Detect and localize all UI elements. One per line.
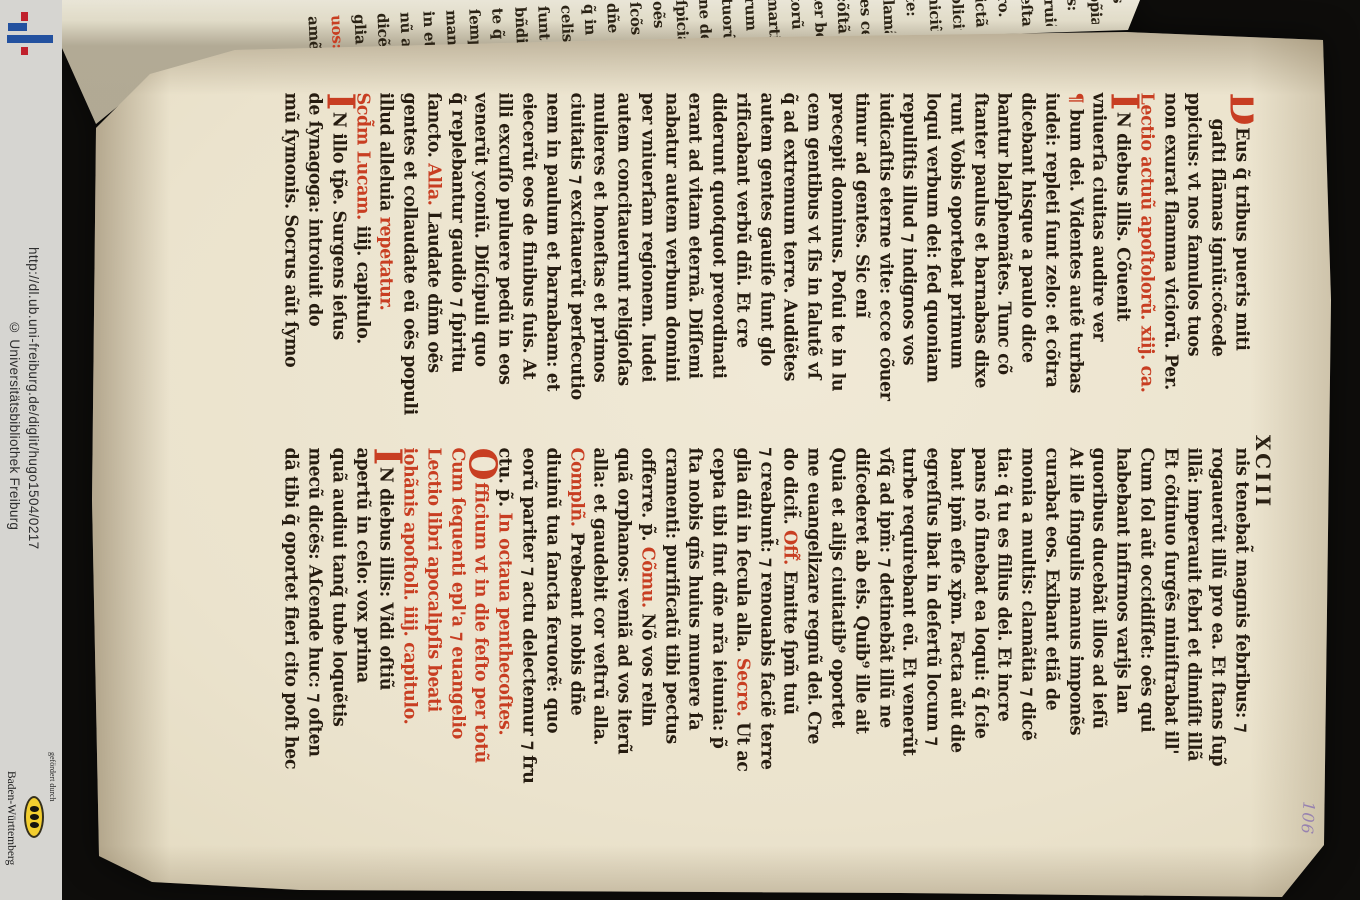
text-line: timur ad gentes. Sic enĩ [849,93,873,438]
text-line: precepit dominus. Poſui te in lu [826,93,850,438]
body-text: cramenti: purificatũ tibi pectus [661,448,681,744]
body-text: timur ad gentes. Sic enĩ [851,93,871,318]
body-text: Nõ vos relin [637,613,657,726]
facing-text-fragment: ero. [991,0,1016,28]
body-text: Laudate dñm oẽs [423,211,443,372]
body-text: Cum ſol aũt occidiſſet: oẽs qui [1136,448,1156,733]
body-text: per vniuerſam regionem. Iudei [637,93,657,383]
text-line: IN diebus illis: Vidi oſtiũ [374,448,398,793]
rubric-initial: I [378,448,398,465]
text-line: do dicit̃. Off̃. Emitte ſpm̃ tuũ [778,448,802,793]
body-text: erant ad vitam eternã. Diſſemi [685,93,705,379]
body-text: cem gentibus vt ſis in ſalutẽ vſ [804,93,824,380]
text-line: nis tenebat̃ magnis febribus: ⁊ [1230,448,1254,793]
text-line: illud alleluia repetatur. [374,93,398,438]
text-line: mecũ dicẽs: Aſcende huc: ⁊ oſten [303,448,327,793]
text-line: ppicius: vt nos famulos tuos [1182,93,1206,438]
rubric-initial: O [473,448,493,481]
body-text: Quia et alijs ciuitatib⁹ oportet [827,448,847,728]
body-text: repuliſtis illud ⁊ indignos vos [899,93,919,366]
body-text: cepta tibi ſint dñe nr̃a ieiunia: p̃ [709,448,729,749]
body-text: ſta nobis qñs huius munere ſa [685,448,705,731]
text-line: iohãnis apoſtoli. iiij. capitulo. [398,448,422,793]
facing-text-fragment: celis [554,4,579,47]
body-text: pans nõ ſinebat ea loqui: q̃ ſcie [970,448,990,739]
body-text: ⁊ creabunt̃: ⁊ renouabis faciẽ terre [756,448,776,770]
metadata-sidebar: http://dl.ub.uni-freiburg.de/diglit/hugo… [0,0,62,900]
body-text: egreſſus ibat in deſertũ locum ⁊ [923,448,943,746]
body-text: iiij. capitulo. [352,226,372,344]
body-text: non exurat flamma viciorũ. Per. [1160,93,1180,390]
text-line: Quia et alijs ciuitatib⁹ oportet [826,448,850,793]
text-line: tia: q̃ tu es filius dei. Et incre [992,448,1016,793]
baden-wuerttemberg-crest-icon [24,796,44,838]
rubric-text: repetatur. [376,217,396,311]
rubric-initial: I [330,93,350,110]
body-text: ppicius: vt nos famulos tuos [1184,93,1204,357]
body-text: iudei: repleti ſunt zelo: et cõtra [1041,93,1061,388]
text-line: cramenti: purificatũ tibi pectus [659,448,683,793]
rubric-text: Alla. [423,163,443,211]
body-text: iudicaſtis eterne vite: ecce cõuer [875,93,895,401]
body-text: N illo tp̃e. Surgens ieſus [328,112,348,340]
body-text: eorũ pariter ⁊ actu delectemur ⁊ fru [519,448,539,784]
body-text: vniuerſa ciuitas audire ver [1089,93,1109,342]
text-line: autem concitauerunt religioſas [612,93,636,438]
text-line: apertũ in celo: vox prima [350,448,374,793]
text-line: autem gentes gauiſe ſunt glo [754,93,778,438]
body-text: At ille ſingulis manus imponẽs [1065,448,1085,736]
text-line: ciuitatis ⁊ excitauerũt perſecutio [564,93,588,438]
body-text: nabatur autem verbum domini [661,93,681,382]
text-line: rogauerũt illũ pro ea. Et ſtans ſup̃ [1206,448,1230,793]
manuscript-page: DEus q̃ tribus pueris mitigaſti flāmas i… [0,0,1360,900]
body-text: diderunt quotquot preordinati [709,93,729,379]
body-text: mũ ſymonis. Socrus aũt ſymo [281,93,301,368]
facing-text-fragment: torũ [784,0,809,37]
scan-backdrop: cisobp̃ialẽs:ſeruiẽgeſtaero.dictãſolicit… [0,0,1360,900]
logo-red-mark-icon [21,12,28,21]
text-line: cepta tibi ſint dñe nr̃a ieiunia: p̃ [707,448,731,793]
rubric-text: Cum ſequenti epl'a ⁊ euangelio [447,448,467,739]
text-line: illi excuſſo puluere pedũ in eos [493,93,517,438]
text-line: iudicaſtis eterne vite: ecce cõuer [873,93,897,438]
text-line: iudei: repleti ſunt zelo: et cõtra [1040,93,1064,438]
logo-red-mark-icon [21,47,28,55]
copyright-note: © Universitätsbibliothek Freiburg [7,320,22,530]
text-line: At ille ſingulis manus imponẽs [1063,448,1087,793]
body-text: runt Vobis oportebat primum [946,93,966,369]
text-line: quã audiui tanq̃ tube loquẽtis [327,448,351,793]
rubric-text: Cõmu. [637,547,657,614]
page-text-region: DEus q̃ tribus pueris mitigaſti flāmas i… [279,93,1254,793]
body-text: me euangelizare regnũ dei. Cre [804,448,824,745]
text-line: turbe requirebant eũ. Et venerũt [897,448,921,793]
body-text: diſcederet ab eis. Quib⁹ ille ait [851,448,871,734]
body-text: quã orphanos: veniã ad vos iterũ [614,448,634,755]
text-line: ſtanter paulus et barnabas dixe [968,93,992,438]
body-text: Prebeant nobis dñe [566,532,586,715]
body-text: bantur blaſphemãtes. Tunc cõ [994,93,1014,375]
text-line: vſq̃ ad ipm̃: ⁊ detinebãt illũ ne [873,448,897,793]
text-line: offerre. p̃. Cõmu. Nõ vos relin [636,448,660,793]
text-line: IN diebus illis. Cõuenit [1111,93,1135,438]
book-scan: cisobp̃ialẽs:ſeruiẽgeſtaero.dictãſolicit… [0,0,1360,900]
body-text: turbe requirebant eũ. Et venerũt [899,448,919,756]
text-line: venerũt yconiũ. Diſcipuli quo [469,93,493,438]
body-text: ſancto. [423,93,443,164]
rubric-text: Secre. [732,658,752,722]
rubric-text: In octaua penthecoſtes. [495,512,515,735]
rubric-text: Lectio actuũ apoſtolorũ. xiij. ca. [1136,93,1156,393]
body-text: monia a multis: clamãtia ⁊ dicẽ [1018,448,1038,741]
facing-text-fragment: ſpicias [669,0,694,42]
text-line: quã orphanos: veniã ad vos iterũ [612,448,636,793]
body-text: bant ipm̃ eſſe xp̃m. Facta aũt die [946,448,966,753]
body-text: guoribus ducebãt illos ad ieſũ [1089,448,1109,729]
text-line: repuliſtis illud ⁊ indignos vos [897,93,921,438]
facing-text-fragment: lẽs: [1060,0,1085,25]
body-text: illi excuſſo puluere pedũ in eos [495,93,515,385]
text-line: Officium vt in die feſto per totũ [469,448,493,793]
text-line: ctu. p̃. In octaua penthecoſtes. [493,448,517,793]
text-line: me euangelizare regnũ dei. Cre [802,448,826,793]
text-line: pans nõ ſinebat ea loqui: q̃ ſcie [968,448,992,793]
body-text: offerre. p̃. [637,448,657,547]
body-text: habebant infirmos varijs lan [1113,448,1133,714]
rubric-initial: I [1115,93,1135,110]
facing-text-fragment: ite: [899,0,924,32]
facing-text-fragment: rum [738,0,763,39]
facing-text-fragment: marti [761,0,786,38]
text-line: Cum ſequenti epl'a ⁊ euangelio [445,448,469,793]
facing-text-fragment: ſolicitã [945,0,970,30]
body-text: curabat eos. Exibant etiã de [1041,448,1061,711]
facing-text-fragment: clamã [876,0,901,33]
body-text: autem gentes gauiſe ſunt glo [756,93,776,366]
text-column-right: nis tenebat̃ magnis febribus: ⁊rogauerũt… [279,448,1254,793]
text-line: illã: imperauit febri et dimiſit illã [1182,448,1206,793]
rubric-text: iohãnis apoſtoli. iiij. capitulo. [400,448,420,725]
body-text: mecũ dicẽs: Aſcende huc: ⁊ oſten [305,448,325,757]
text-line: diderunt quotquot preordinati [707,93,731,438]
text-line: rificabant verbũ dñi. Et cre [731,93,755,438]
facing-text-fragment: iniciũ [922,0,947,31]
body-text: ſtanter paulus et barnabas dixe [970,93,990,389]
facing-text-fragment: geſta [1014,0,1039,27]
crest-lion-icon [30,806,39,812]
body-text: dicebant hisque a paulo dice [1018,93,1038,363]
facing-text-fragment: cis [1106,0,1131,23]
text-line: gaſti flāmas igniũ:cõcede [1206,93,1230,438]
text-line: vniuerſa ciuitas audire ver [1087,93,1111,438]
body-text: mulieres et honeſtas et primos [590,93,610,383]
body-text: q̃ replebantur gaudio ⁊ ſpiritu [447,93,467,373]
text-line: mũ ſymonis. Socrus aũt ſymo [279,93,303,438]
body-text: dã tibi q̃ oportet fieri cito poſt hec [281,448,301,770]
facing-text-fragment: obp̃ia [1083,0,1108,24]
body-text: Et cõtinuo ſurgẽs miniſtrabat ill' [1160,448,1180,755]
facing-text-fragment: tes celi [853,0,878,34]
text-line: ſancto. Alla. Laudate dñm oẽs [422,93,446,438]
funding-note-label: gefördert durch [48,752,57,802]
facing-text-fragment: dictã [968,0,993,29]
rubric-text: Off̃. [780,530,800,571]
text-line: loqui verbum dei: ſed quoniam [921,93,945,438]
body-text: nem in paulum et barnabam: et [542,93,562,392]
rubric-initial: D [1234,93,1254,126]
rubric-text: Lectio libri apocalipſis beati [423,448,443,712]
body-text: illã: imperauit febri et dimiſit illã [1184,448,1204,762]
rubric-text: Scd̃m Lucam. [352,93,372,226]
text-line: Complñ. Prebeant nobis dñe [564,448,588,793]
pencil-foliation: 106 [1297,801,1318,836]
text-line: nabatur autem verbum domini [659,93,683,438]
text-line: Cum ſol aũt occidiſſet: oẽs qui [1135,448,1159,793]
text-line: nem in paulum et barnabam: et [541,93,565,438]
text-line: q̃ replebantur gaudio ⁊ ſpiritu [445,93,469,438]
body-text: rogauerũt illũ pro ea. Et ſtans ſup̃ [1208,448,1228,767]
text-line: bantur blaſphemãtes. Tunc cõ [992,93,1016,438]
text-line: ¶ bum dei. Videntes autẽ turbas [1063,93,1087,438]
text-line: ⁊ creabunt̃: ⁊ renouabis faciẽ terre [754,448,778,793]
text-line: alla: et gaudebit cor veſtrũ alla. [588,448,612,793]
facing-text-fragment: q̃ in [577,3,602,46]
body-text: Emitte ſpm̃ tuũ [780,570,800,714]
text-line: curabat eos. Exibant etiã de [1040,448,1064,793]
body-text: ciuitatis ⁊ excitauerũt perſecutio [566,93,586,400]
text-line: diuinũ tua ſancta feruorẽ: quo [541,448,565,793]
body-text: autem concitauerunt religioſas [614,93,634,386]
facing-text-fragment: cõſtã [830,0,855,35]
text-line: Et cõtinuo ſurgẽs miniſtrabat ill' [1158,448,1182,793]
text-column-left: DEus q̃ tribus pueris mitigaſti flāmas i… [279,93,1254,438]
body-text: do dicit̃. [780,448,800,530]
text-line: erant ad vitam eternã. Diſſemi [683,93,707,438]
body-text: tia: q̃ tu es filius dei. Et incre [994,448,1014,722]
text-line: bant ipm̃ eſſe xp̃m. Facta aũt die [945,448,969,793]
body-text: gaſti flāmas igniũ:cõcede [1208,119,1228,357]
text-line: eiecerũt eos de finibus ſuis. At [517,93,541,438]
text-line: glia dñi in ſecula alla. Secre. Ut ac [731,448,755,793]
rubric-text: fficium vt in die feſto per totũ [471,482,491,763]
body-text: vſq̃ ad ipm̃: ⁊ detinebãt illũ ne [875,448,895,728]
text-line: cem gentibus vt ſis in ſalutẽ vſ [802,93,826,438]
body-text: nis tenebat̃ magnis febribus: ⁊ [1232,448,1252,732]
body-text: q̃ ad extremum terre. Audiẽtes [780,93,800,382]
text-line: per vniuerſam regionem. Iudei [636,93,660,438]
body-text: gentes et collaudate eũ oẽs populi [400,93,420,415]
body-text: de ſynagoga: introiuit do [305,93,325,327]
body-text: venerũt yconiũ. Diſcipuli quo [471,93,491,367]
body-text: Ut ac [732,722,752,771]
text-line: Lectio libri apocalipſis beati [422,448,446,793]
facing-text-fragment: ne de [692,0,717,41]
text-line: IN illo tp̃e. Surgens ieſus [327,93,351,438]
text-line: runt Vobis oportebat primum [945,93,969,438]
text-line: egreſſus ibat in deſertũ locum ⁊ [921,448,945,793]
source-url: http://dl.ub.uni-freiburg.de/diglit/hugo… [26,247,41,550]
body-text: alla: et gaudebit cor veſtrũ alla. [590,448,610,746]
text-line: habebant infirmos varijs lan [1111,448,1135,793]
facing-text-fragment: ſcõs [623,1,648,44]
body-text: illud alleluia [376,93,396,217]
body-text: diuinũ tua ſancta feruorẽ: quo [542,448,562,734]
facing-text-fragment: ter bea [807,0,832,36]
text-line: mulieres et honeſtas et primos [588,93,612,438]
body-text: quã audiui tanq̃ tube loquẽtis [328,448,348,727]
ub-freiburg-logo-icon [0,0,62,62]
folio-number: XCIII [1251,435,1275,509]
body-text: loqui verbum dei: ſed quoniam [923,93,943,383]
body-text: Eus q̃ tribus pueris miti [1232,127,1252,350]
text-line: de ſynagoga: introiuit do [303,93,327,438]
text-line: dicebant hisque a paulo dice [1016,93,1040,438]
text-line: ſta nobis qñs huius munere ſa [683,448,707,793]
body-text: glia dñi in ſecula alla. [732,448,752,658]
text-line: DEus q̃ tribus pueris miti [1230,93,1254,438]
text-line: monia a multis: clamãtia ⁊ dicẽ [1016,448,1040,793]
text-line: diſcederet ab eis. Quib⁹ ille ait [849,448,873,793]
body-text: N diebus illis. Cõuenit [1113,112,1133,321]
facing-text-fragment: ſeruiẽ [1037,0,1062,26]
facing-text-fragment: tuorũ [715,0,740,40]
body-text: apertũ in celo: vox prima [352,448,372,683]
funding-region-label: Baden-Württemberg [5,771,17,865]
text-line: guoribus ducebãt illos ad ieſũ [1087,448,1111,793]
text-line: non exurat flamma viciorũ. Per. [1158,93,1182,438]
crest-lion-icon [30,822,39,828]
body-text: rificabant verbũ dñi. Et cre [732,93,752,348]
facing-text-fragment: dñe [600,2,625,45]
logo-blue-bar-icon [8,23,27,31]
text-line: q̃ ad extremum terre. Audiẽtes [778,93,802,438]
body-text: bum dei. Videntes autẽ turbas [1065,109,1085,393]
rubric-text: ¶ [1065,93,1085,109]
logo-blue-bar-icon [7,35,53,43]
text-line: Scd̃m Lucam. iiij. capitulo. [350,93,374,438]
facing-text-fragment: oẽs [646,0,671,43]
body-text: N diebus illis: Vidi oſtiũ [376,467,396,690]
text-line: gentes et collaudate eũ oẽs populi [398,93,422,438]
text-line: eorũ pariter ⁊ actu delectemur ⁊ fru [517,448,541,793]
crest-lion-icon [30,814,39,820]
text-line: dã tibi q̃ oportet fieri cito poſt hec [279,448,303,793]
text-line: Lectio actuũ apoſtolorũ. xiij. ca. [1135,93,1159,438]
rubric-text: Complñ. [566,448,586,533]
body-text: precepit dominus. Poſui te in lu [827,93,847,392]
body-text: eiecerũt eos de finibus ſuis. At [519,93,539,380]
